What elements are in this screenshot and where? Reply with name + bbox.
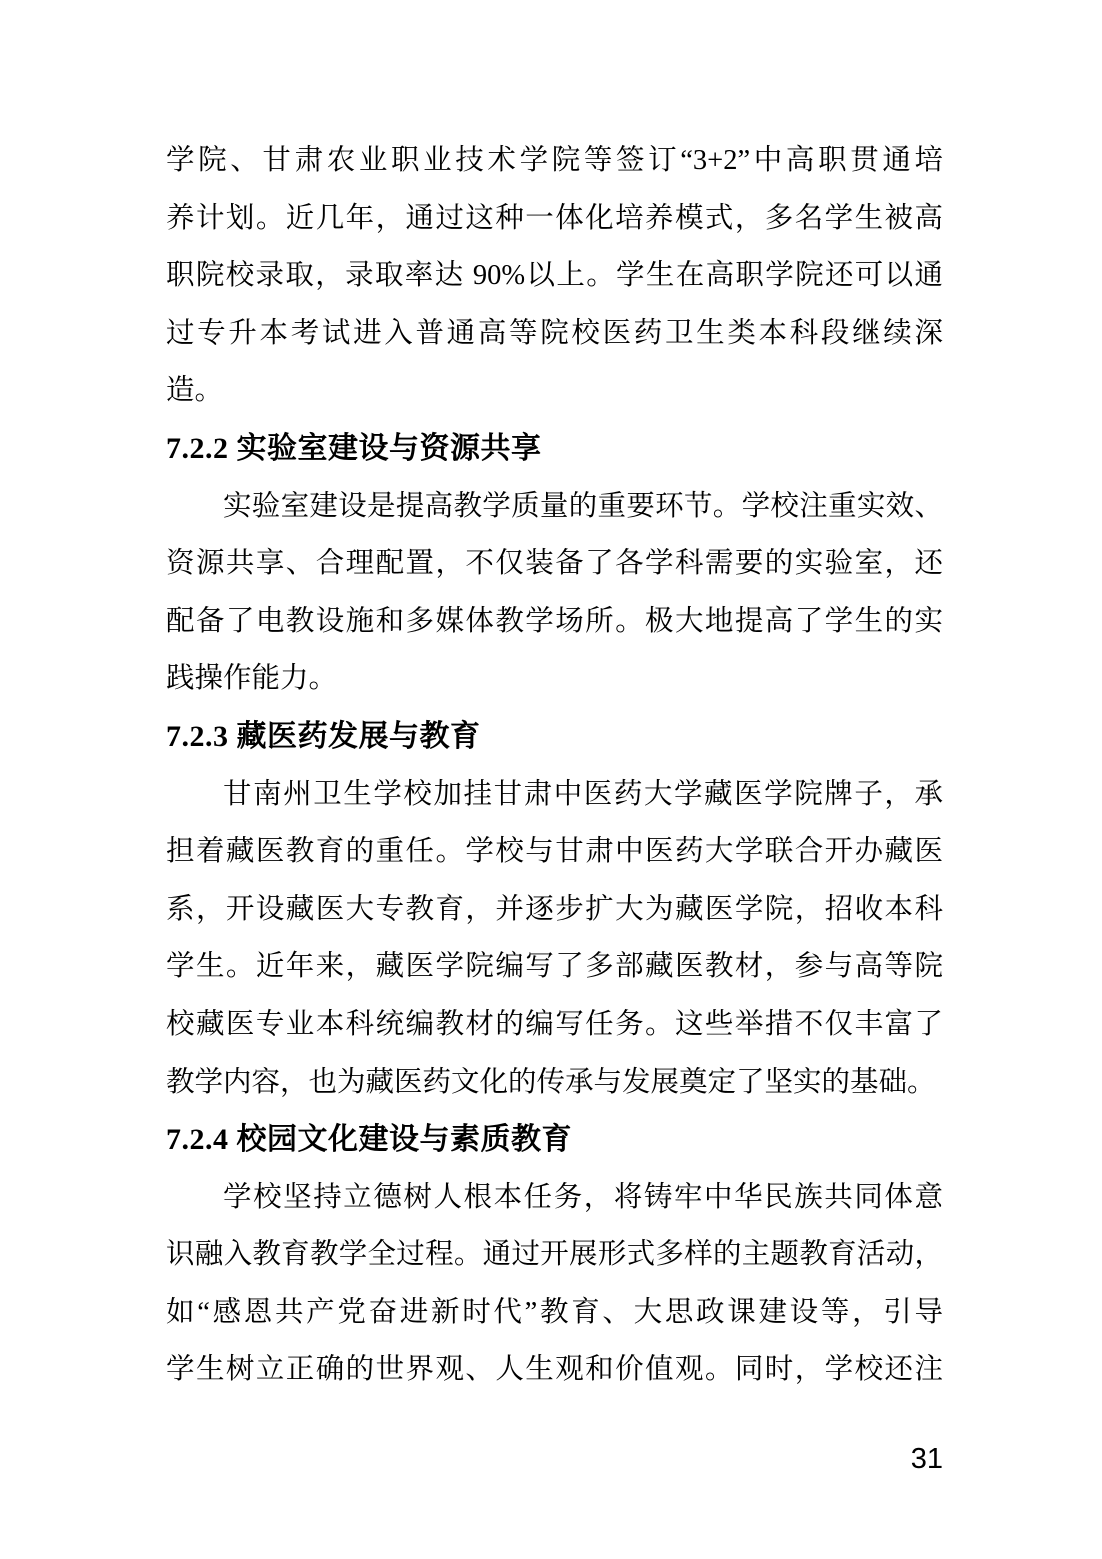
body-line: 过专升本考试进入普通高等院校医药卫生类本科段继续深 (166, 305, 943, 363)
body-line: 践操作能力。 (166, 650, 943, 708)
body-line: 如“感恩共产党奋进新时代”教育、大思政课建设等，引导 (166, 1284, 943, 1342)
body-line: 担着藏医教育的重任。学校与甘肃中医药大学联合开办藏医 (166, 823, 943, 881)
body-line: 甘南州卫生学校加挂甘肃中医药大学藏医学院牌子，承 (166, 766, 943, 824)
body-line: 实验室建设是提高教学质量的重要环节。学校注重实效、 (166, 478, 943, 536)
section-heading-7-2-3: 7.2.3 藏医药发展与教育 (166, 708, 943, 766)
body-line: 学校坚持立德树人根本任务，将铸牢中华民族共同体意 (166, 1169, 943, 1227)
document-content: 学院、甘肃农业职业技术学院等签订“3+2”中高职贯通培 养计划。近几年，通过这种… (166, 132, 943, 1399)
body-line: 教学内容，也为藏医药文化的传承与发展奠定了坚实的基础。 (166, 1054, 943, 1112)
body-line: 养计划。近几年，通过这种一体化培养模式，多名学生被高 (166, 190, 943, 248)
page-number: 31 (911, 1444, 943, 1474)
section-heading-7-2-4: 7.2.4 校园文化建设与素质教育 (166, 1111, 943, 1169)
body-line: 系，开设藏医大专教育，并逐步扩大为藏医学院，招收本科 (166, 881, 943, 939)
body-line: 学生树立正确的世界观、人生观和价值观。同时，学校还注 (166, 1341, 943, 1399)
body-line: 造。 (166, 362, 943, 420)
body-line: 学生。近年来，藏医学院编写了多部藏医教材，参与高等院 (166, 938, 943, 996)
section-heading-7-2-2: 7.2.2 实验室建设与资源共享 (166, 420, 943, 478)
body-line: 职院校录取，录取率达 90%以上。学生在高职学院还可以通 (166, 247, 943, 305)
body-line: 资源共享、合理配置，不仅装备了各学科需要的实验室，还 (166, 535, 943, 593)
body-line: 学院、甘肃农业职业技术学院等签订“3+2”中高职贯通培 (166, 132, 943, 190)
body-line: 配备了电教设施和多媒体教学场所。极大地提高了学生的实 (166, 593, 943, 651)
body-line: 校藏医专业本科统编教材的编写任务。这些举措不仅丰富了 (166, 996, 943, 1054)
document-page: 学院、甘肃农业职业技术学院等签订“3+2”中高职贯通培 养计划。近几年，通过这种… (0, 0, 1102, 1559)
body-line: 识融入教育教学全过程。通过开展形式多样的主题教育活动， (166, 1226, 943, 1284)
